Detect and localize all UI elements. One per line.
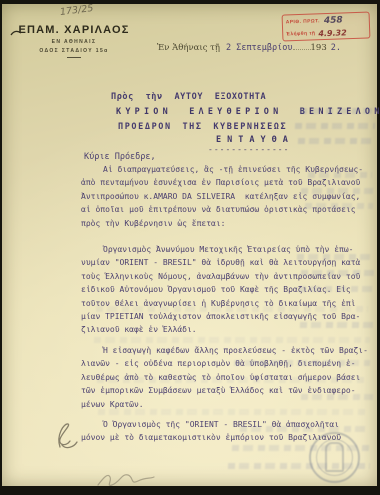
letterhead-rule bbox=[67, 57, 81, 58]
bleedthrough-texture bbox=[234, 360, 370, 366]
bleedthrough-texture bbox=[96, 306, 368, 312]
registry-stamp: ΑΡΙΘ. ΠΡΩΤ.458 Ἐλήφθη τῇ4.9.32 bbox=[282, 11, 371, 41]
bleedthrough-texture bbox=[297, 254, 375, 260]
recipient-line-title: ΠΡΟΕΔΡΟΝ ΤΗΣ ΚΥΒΕΡΝΗΣΕΩΣ bbox=[118, 122, 287, 132]
bleedthrough-texture bbox=[98, 409, 366, 415]
pencil-initials-mark bbox=[50, 417, 82, 455]
registry-received-value: 4.9.32 bbox=[318, 28, 347, 38]
bleedthrough-texture bbox=[308, 172, 372, 178]
letterhead-city: ΕΝ ΑΘΗΝΑΙΣ bbox=[18, 39, 130, 45]
bleedthrough-texture bbox=[301, 270, 375, 276]
bleedthrough-texture bbox=[301, 394, 373, 400]
bleedthrough-texture bbox=[295, 123, 375, 129]
registry-number-label: ΑΡΙΘ. ΠΡΩΤ. bbox=[286, 19, 320, 25]
bleedthrough-texture bbox=[299, 286, 375, 292]
pencil-signature-squiggle bbox=[96, 467, 156, 491]
registry-number-value: 458 bbox=[324, 15, 343, 26]
recipient-line-excellency: Πρὸς τὴν ΑΥΤΟΥ ΕΞΟΧΟΤΗΤΑ bbox=[111, 92, 266, 102]
archive-file-number: 173/25 bbox=[59, 3, 94, 18]
scanned-letter-photo: 173/25 ΕΠΑΜ. ΧΑΡΙΛΑΟΣ ΕΝ ΑΘΗΝΑΙΣ ΟΔΟΣ ΣΤ… bbox=[0, 0, 380, 495]
bleedthrough-texture bbox=[298, 138, 374, 144]
bleedthrough-texture bbox=[97, 377, 367, 383]
registry-received-label: Ἐλήφθη τῇ bbox=[286, 31, 315, 37]
body-line: πρὸς τὴν Κυβέρνησιν ὡς ἕπεται: bbox=[81, 217, 377, 230]
bleedthrough-texture bbox=[300, 322, 374, 328]
dateline-printed-year: 193 bbox=[311, 43, 327, 53]
recipient-underline: -------------- bbox=[208, 145, 289, 154]
letterhead-name: ΕΠΑΜ. ΧΑΡΙΛΑΟΣ bbox=[18, 24, 130, 36]
letter-paper: 173/25 ΕΠΑΜ. ΧΑΡΙΛΑΟΣ ΕΝ ΑΘΗΝΑΙΣ ΟΔΟΣ ΣΤ… bbox=[2, 4, 377, 486]
bleedthrough-texture bbox=[240, 426, 370, 432]
dateline: Ἐν Ἀθήναις τῇ2 Σεπτεμβρίου1932. bbox=[157, 43, 341, 53]
archive-seal-emblem bbox=[325, 442, 344, 472]
bleedthrough-texture bbox=[300, 108, 372, 114]
letterhead-address: ΟΔΟΣ ΣΤΑΔΙΟΥ 15α bbox=[18, 48, 130, 54]
salutation: Κύριε Πρόεδρε, bbox=[84, 152, 156, 162]
dateline-typed-year-digit: 2. bbox=[331, 43, 341, 53]
bleedthrough-texture bbox=[301, 188, 373, 194]
archive-seal-stamp bbox=[309, 432, 360, 483]
recipient-line-entaftha: ΕΝΤΑΥΘΑ bbox=[216, 135, 294, 145]
body-line: Ἡ εἰσαγωγὴ καφέδων ἄλλης προελεύσεως - ἐ… bbox=[81, 344, 377, 357]
bleedthrough-texture bbox=[305, 203, 373, 209]
dateline-typed-day-month: 2 Σεπτεμβρίου bbox=[226, 43, 293, 53]
bleedthrough-texture bbox=[94, 337, 370, 343]
dateline-printed-prefix: Ἐν Ἀθήναις τῇ bbox=[157, 43, 220, 53]
letterhead: ΕΠΑΜ. ΧΑΡΙΛΑΟΣ ΕΝ ΑΘΗΝΑΙΣ ΟΔΟΣ ΣΤΑΔΙΟΥ 1… bbox=[18, 24, 130, 58]
